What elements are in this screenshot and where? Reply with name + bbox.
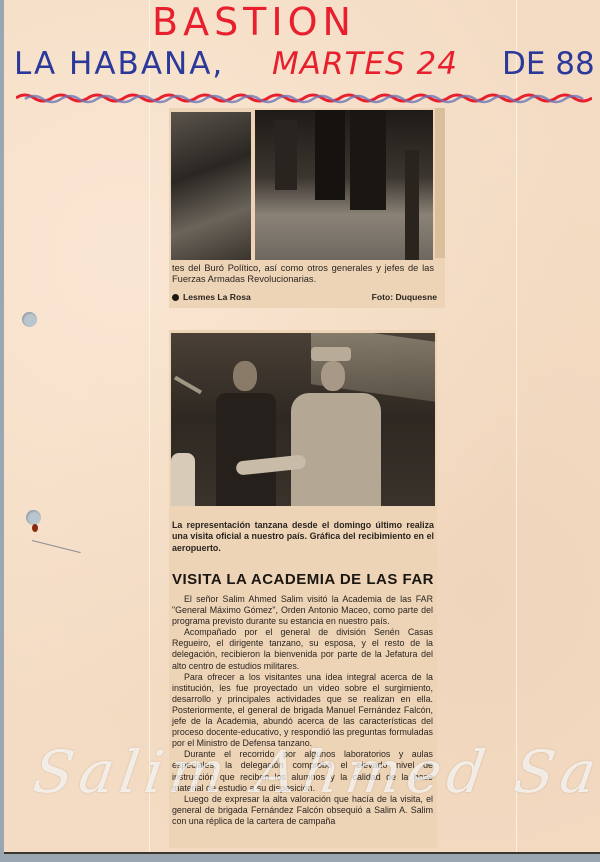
handwritten-title: BASTION (152, 0, 356, 44)
paragraph: Acompañado por el general de división Se… (172, 627, 433, 671)
handwritten-place: LA HABANA, (14, 46, 224, 82)
photo-top-upside-down (255, 110, 433, 260)
handwritten-underline (16, 90, 592, 104)
punch-hole (22, 312, 37, 327)
clipping-top: tes del Buró Político, así como otros ge… (169, 108, 445, 308)
pencil-mark (32, 540, 81, 553)
rust-stain (32, 524, 38, 532)
byline-author: Lesmes La Rosa (172, 292, 272, 303)
photo-credit: Foto: Duquesne (359, 292, 437, 303)
photo-airport-greeting (171, 333, 435, 506)
paragraph: El señor Salim Ahmed Salim visitó la Aca… (172, 594, 433, 627)
handwritten-date-month: DE 88 (502, 46, 595, 82)
fold-line (149, 0, 150, 852)
top-caption: tes del Buró Político, así como otros ge… (172, 263, 434, 285)
main-photo-caption: La representación tanzana desde el domin… (172, 520, 434, 554)
watermark-signature: Salim Ahmed Salim (29, 738, 600, 806)
bullet-icon (172, 294, 179, 301)
article-headline: VISITA LA ACADEMIA DE LAS FAR (172, 571, 434, 588)
punch-hole (26, 510, 41, 525)
fold-line (516, 0, 517, 852)
scanned-page: BASTION LA HABANA, MARTES 24 DE 88 tes d… (4, 0, 600, 854)
handwritten-date-day: MARTES 24 (272, 46, 458, 82)
photo-top-left (171, 112, 251, 260)
